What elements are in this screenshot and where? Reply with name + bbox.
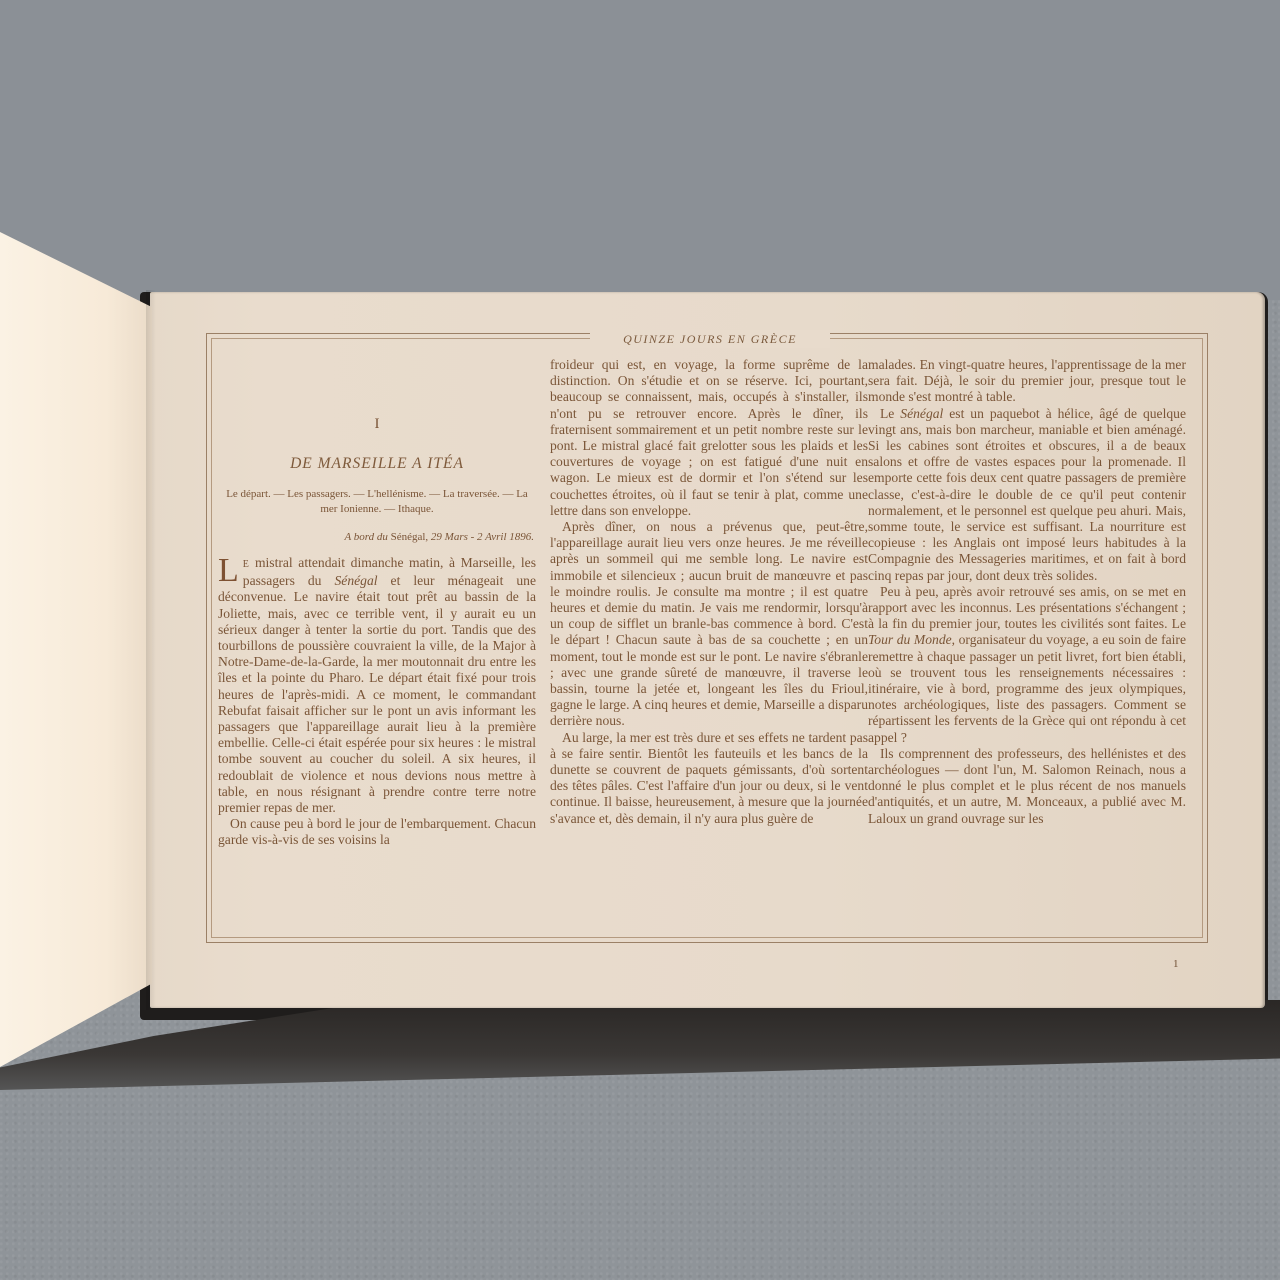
paragraph: Après dîner, on nous a prévenus que, peu… (550, 519, 868, 730)
ship-name: Sénégal (900, 406, 943, 421)
paragraph-text: Peu à peu, après avoir retrouvé ses amis… (868, 584, 1186, 631)
paragraph-text: Le (880, 406, 900, 421)
text-column-1: LE mistral attendait dimanche matin, à M… (218, 555, 536, 849)
text-column-2: froideur qui est, en voyage, la forme su… (550, 357, 868, 827)
drop-cap: L (218, 557, 239, 585)
dateline-prefix: A bord du (344, 531, 390, 543)
publication-title: Tour du Monde (868, 632, 952, 647)
ship-name: Sénégal (334, 573, 377, 588)
gutter-shadow (146, 290, 156, 1010)
paragraph-text: et leur ménageait une déconvenue. Le nav… (218, 573, 536, 815)
paragraph: LE mistral attendait dimanche matin, à M… (218, 555, 536, 816)
dateline-ship: Sénégal (391, 531, 426, 543)
paragraph-text: , organisateur du voyage, a eu soin de f… (868, 632, 1186, 744)
left-page[interactable] (0, 232, 152, 1067)
paragraph: On cause peu à bord le jour de l'embarqu… (218, 816, 536, 848)
paragraph: Ils comprennent des professeurs, des hel… (868, 746, 1186, 827)
chapter-summary: Le départ. — Les passagers. — L'hellénis… (218, 487, 536, 517)
dateline: A bord du Sénégal, 29 Mars - 2 Avril 189… (218, 531, 534, 543)
paragraph: Le Sénégal est un paquebot à hélice, âgé… (868, 406, 1186, 584)
paragraph-text: est un paquebot à hélice, âgé de quelque… (868, 406, 1186, 583)
background-surface (0, 0, 1280, 300)
page-number: 1 (1173, 958, 1179, 970)
paragraph: malades. En vingt-quatre heures, l'appre… (868, 357, 1186, 406)
running-head: QUINZE JOURS EN GRÈCE (590, 330, 830, 348)
paragraph: Au large, la mer est très dure et ses ef… (550, 730, 868, 827)
chapter-title: DE MARSEILLE A ITÉA (218, 455, 536, 473)
text-column-3: malades. En vingt-quatre heures, l'appre… (868, 357, 1186, 827)
chapter-number: I (218, 416, 536, 433)
paragraph: froideur qui est, en voyage, la forme su… (550, 357, 868, 519)
dateline-dates: , 29 Mars - 2 Avril 1896. (425, 531, 534, 543)
paragraph: Peu à peu, après avoir retrouvé ses amis… (868, 584, 1186, 746)
